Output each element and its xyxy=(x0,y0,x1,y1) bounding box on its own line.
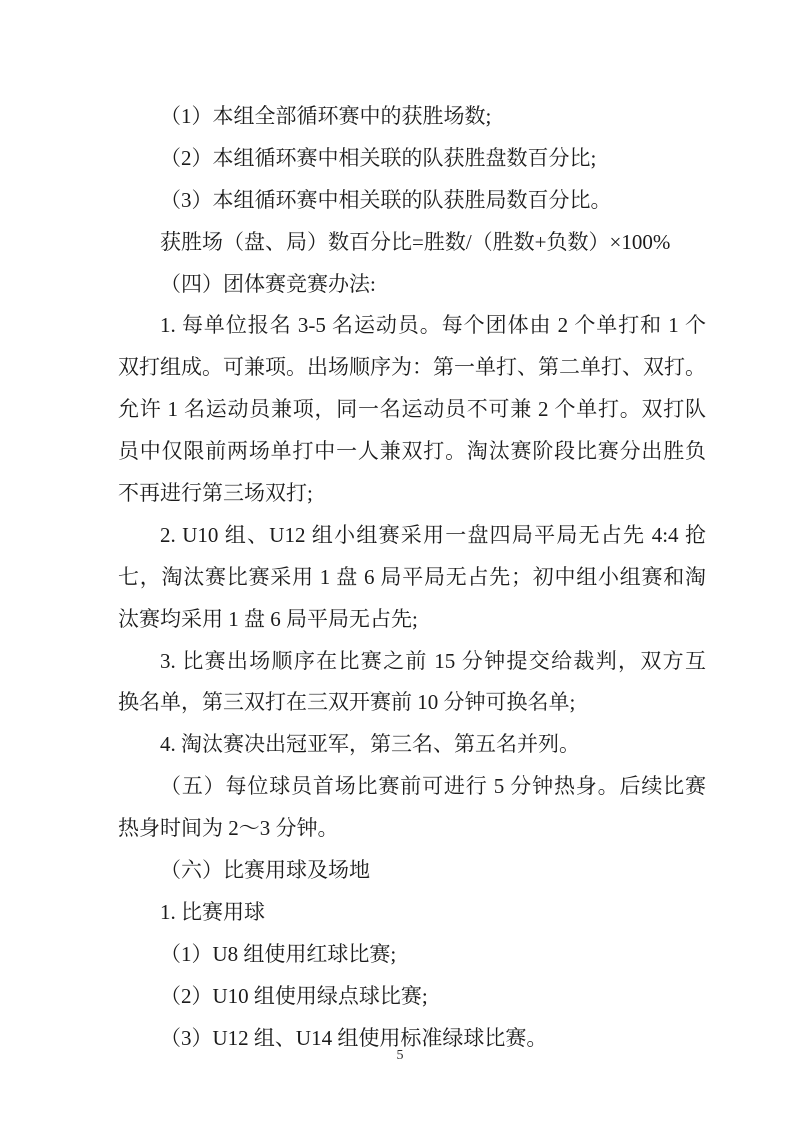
text-line: 1. 比赛用球 xyxy=(118,892,706,934)
text-line: （六）比赛用球及场地 xyxy=(118,850,706,892)
text-line: 允许 1 名运动员兼项，同一名运动员不可兼 2 个单打。双打队 xyxy=(118,389,706,431)
document-body: （1）本组全部循环赛中的获胜场数; （2）本组循环赛中相关联的队获胜盘数百分比;… xyxy=(118,96,706,1059)
text-line: （2）本组循环赛中相关联的队获胜盘数百分比; xyxy=(118,138,706,180)
text-line: 七，淘汰赛比赛采用 1 盘 6 局平局无占先；初中组小组赛和淘 xyxy=(118,557,706,599)
text-line: （3）本组循环赛中相关联的队获胜局数百分比。 xyxy=(118,180,706,222)
text-line: 不再进行第三场双打; xyxy=(118,473,706,515)
text-line: （五）每位球员首场比赛前可进行 5 分钟热身。后续比赛 xyxy=(118,766,706,808)
text-line: 热身时间为 2～3 分钟。 xyxy=(118,808,706,850)
text-line: （1）本组全部循环赛中的获胜场数; xyxy=(118,96,706,138)
text-line: （四）团体赛竞赛办法: xyxy=(118,264,706,306)
text-line: （2）U10 组使用绿点球比赛; xyxy=(118,976,706,1018)
text-line: 获胜场（盘、局）数百分比=胜数/（胜数+负数）×100% xyxy=(118,222,706,264)
document-page: （1）本组全部循环赛中的获胜场数; （2）本组循环赛中相关联的队获胜盘数百分比;… xyxy=(0,0,800,1131)
text-line: （1）U8 组使用红球比赛; xyxy=(118,934,706,976)
page-footer: 5 xyxy=(0,1046,800,1066)
page-number: 5 xyxy=(397,1048,404,1063)
text-line: 双打组成。可兼项。出场顺序为：第一单打、第二单打、双打。 xyxy=(118,347,706,389)
text-line: 员中仅限前两场单打中一人兼双打。淘汰赛阶段比赛分出胜负 xyxy=(118,431,706,473)
text-line: 换名单，第三双打在三双开赛前 10 分钟可换名单; xyxy=(118,682,706,724)
text-line: 1. 每单位报名 3-5 名运动员。每个团体由 2 个单打和 1 个 xyxy=(118,305,706,347)
text-line: 4. 淘汰赛决出冠亚军，第三名、第五名并列。 xyxy=(118,724,706,766)
text-line: 3. 比赛出场顺序在比赛之前 15 分钟提交给裁判，双方互 xyxy=(118,641,706,683)
text-line: 2. U10 组、U12 组小组赛采用一盘四局平局无占先 4:4 抢 xyxy=(118,515,706,557)
text-line: 汰赛均采用 1 盘 6 局平局无占先; xyxy=(118,599,706,641)
